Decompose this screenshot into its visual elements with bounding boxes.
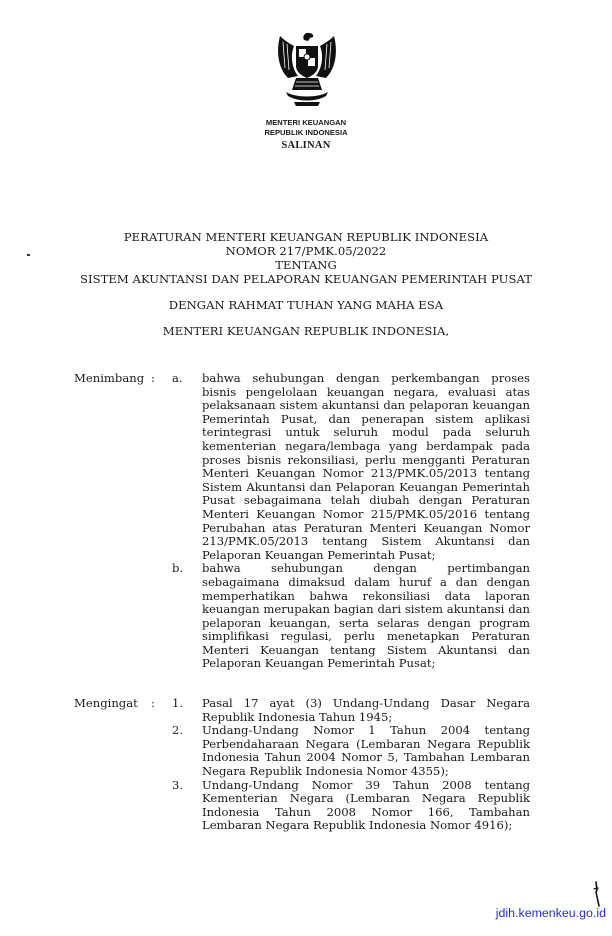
item-marker: a. — [172, 372, 202, 562]
ministry-country: REPUBLIK INDONESIA — [0, 128, 612, 137]
regulation-subject: SISTEM AKUNTANSI DAN PELAPORAN KEUANGAN … — [0, 272, 612, 286]
copy-label: SALINAN — [0, 140, 612, 151]
menimbang-section: Menimbang : a. bahwa sehubungan dengan p… — [74, 372, 530, 671]
regulation-number: NOMOR 217/PMK.05/2022 — [0, 244, 612, 258]
item-text: bahwa sehubungan dengan perkembangan pro… — [202, 372, 530, 562]
list-item: 3. Undang-Undang Nomor 39 Tahun 2008 ten… — [172, 779, 530, 833]
item-marker: 3. — [172, 779, 202, 833]
list-item: 1. Pasal 17 ayat (3) Undang-Undang Dasar… — [172, 697, 530, 724]
invocation: DENGAN RAHMAT TUHAN YANG MAHA ESA — [0, 298, 612, 312]
list-item: b. bahwa sehubungan dengan pertimbangan … — [172, 562, 530, 671]
regulation-title: PERATURAN MENTERI KEUANGAN REPUBLIK INDO… — [0, 230, 612, 244]
mengingat-section: Mengingat : 1. Pasal 17 ayat (3) Undang-… — [74, 697, 530, 833]
section-label: Menimbang — [74, 372, 146, 671]
garuda-emblem-icon — [272, 6, 342, 114]
item-text: bahwa sehubungan dengan pertimbangan seb… — [202, 562, 530, 671]
item-marker: 2. — [172, 724, 202, 778]
jdih-website-link[interactable]: jdih.kemenkeu.go.id — [496, 906, 606, 920]
ministry-name: MENTERI KEUANGAN — [0, 118, 612, 127]
item-marker: b. — [172, 562, 202, 671]
list-item: 2. Undang-Undang Nomor 1 Tahun 2004 tent… — [172, 724, 530, 778]
issuing-authority: MENTERI KEUANGAN REPUBLIK INDONESIA, — [0, 324, 612, 338]
list-item: a. bahwa sehubungan dengan perkembangan … — [172, 372, 530, 562]
item-text: Undang-Undang Nomor 1 Tahun 2004 tentang… — [202, 724, 530, 778]
regulation-about: TENTANG — [0, 258, 612, 272]
section-colon: : — [146, 697, 172, 833]
item-text: Undang-Undang Nomor 39 Tahun 2008 tentan… — [202, 779, 530, 833]
item-marker: 1. — [172, 697, 202, 724]
section-label: Mengingat — [74, 697, 146, 833]
item-text: Pasal 17 ayat (3) Undang-Undang Dasar Ne… — [202, 697, 530, 724]
initial-mark-icon — [590, 880, 604, 908]
section-colon: : — [146, 372, 172, 671]
